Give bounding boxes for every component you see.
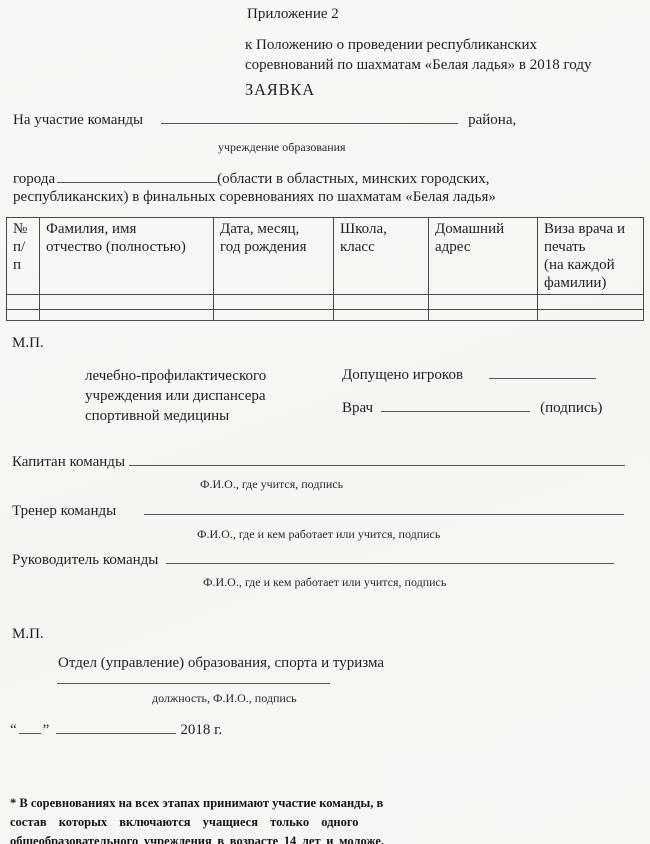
education-institution-caption: учреждение образования	[218, 140, 346, 155]
doctor-row: Врач (подпись)	[342, 398, 602, 417]
coach-label: Тренер команды	[12, 503, 116, 520]
team-name-blank-line	[161, 110, 458, 124]
table-cell-empty	[40, 295, 214, 310]
table-cell-empty	[429, 295, 538, 310]
date-day-blank-line	[19, 720, 41, 734]
col-header-doctor-visa: Виза врача и печать (на каждой фамилии)	[538, 218, 644, 295]
city-row: города (области в областных, минских гор…	[13, 169, 490, 188]
approval-stamp-label: М.П.	[12, 626, 44, 643]
document-page: Приложение 2 к Положению о проведении ре…	[0, 0, 650, 844]
date-year-label: 2018 г.	[180, 722, 222, 739]
admitted-count-blank-line	[489, 365, 596, 379]
team-participation-label: На участие команды	[13, 112, 143, 129]
col-header-school: Школа, класс	[334, 218, 429, 295]
footnote-line1: * В соревнованиях на всех этапах принима…	[10, 794, 440, 813]
department-signature-blank-line	[57, 683, 330, 684]
col-header-address: Домашний адрес	[429, 218, 538, 295]
table-cell-empty	[214, 310, 334, 321]
city-name-blank-line	[57, 169, 217, 183]
footnote: * В соревнованиях на всех этапах принима…	[10, 794, 440, 844]
table-cell-empty	[538, 310, 644, 321]
col-header-name: Фамилия, имя отчество (полностью)	[40, 218, 214, 295]
district-suffix-label: района,	[468, 112, 516, 129]
doctor-label: Врач	[342, 400, 373, 417]
table-row	[7, 295, 644, 310]
doctor-name-blank-line	[381, 398, 530, 412]
table-cell-empty	[334, 295, 429, 310]
table-cell-empty	[40, 310, 214, 321]
admitted-players-label: Допущено игроков	[342, 367, 463, 384]
appendix-label: Приложение 2	[247, 6, 339, 23]
leader-signature-blank-line	[166, 550, 614, 564]
department-label: Отдел (управление) образования, спорта и…	[58, 655, 384, 672]
coach-row: Тренер команды	[12, 501, 624, 520]
table-row	[7, 310, 644, 321]
city-line2-label: республиканских) в финальных соревновани…	[13, 189, 496, 206]
table-cell-empty	[538, 295, 644, 310]
table-header-row: № п/п Фамилия, имя отчество (полностью) …	[7, 218, 644, 295]
table-cell-empty	[7, 295, 40, 310]
col-header-birthdate: Дата, месяц, год рождения	[214, 218, 334, 295]
date-close-quote: ”	[43, 722, 50, 739]
table-cell-empty	[429, 310, 538, 321]
coach-signature-blank-line	[144, 501, 624, 515]
medical-organization-label: лечебно-профилактического учреждения или…	[85, 366, 266, 426]
leader-hint: Ф.И.О., где и кем работает или учится, п…	[203, 575, 446, 590]
table-cell-empty	[334, 310, 429, 321]
admitted-players-row: Допущено игроков	[342, 365, 596, 384]
coach-hint: Ф.И.О., где и кем работает или учится, п…	[197, 527, 440, 542]
form-title: ЗАЯВКА	[245, 80, 315, 100]
players-table: № п/п Фамилия, имя отчество (полностью) …	[6, 217, 644, 321]
leader-label: Руководитель команды	[12, 552, 158, 569]
table-cell-empty	[214, 295, 334, 310]
table-cell-empty	[7, 310, 40, 321]
col-header-number: № п/п	[7, 218, 40, 295]
date-row: “ ” 2018 г.	[10, 720, 222, 739]
regulation-reference: к Положению о проведении республиканских…	[245, 36, 635, 75]
footnote-line3: общеобразовательного учреждения в возрас…	[10, 832, 440, 844]
leader-row: Руководитель команды	[12, 550, 614, 569]
captain-signature-blank-line	[129, 452, 625, 466]
team-participation-row: На участие команды района,	[13, 110, 516, 129]
date-month-blank-line	[56, 720, 176, 734]
captain-label: Капитан команды	[12, 454, 125, 471]
city-label: города	[13, 171, 55, 188]
department-hint: должность, Ф.И.О., подпись	[152, 691, 297, 706]
captain-row: Капитан команды	[12, 452, 625, 471]
city-suffix-label: (области в областных, минских городских,	[217, 171, 489, 188]
captain-hint: Ф.И.О., где учится, подпись	[200, 477, 343, 492]
date-open-quote: “	[10, 722, 17, 739]
doctor-signature-hint: (подпись)	[540, 400, 602, 417]
medical-stamp-label: М.П.	[12, 335, 44, 352]
footnote-line2: состав которых включаются учащиеся тольк…	[10, 813, 440, 832]
